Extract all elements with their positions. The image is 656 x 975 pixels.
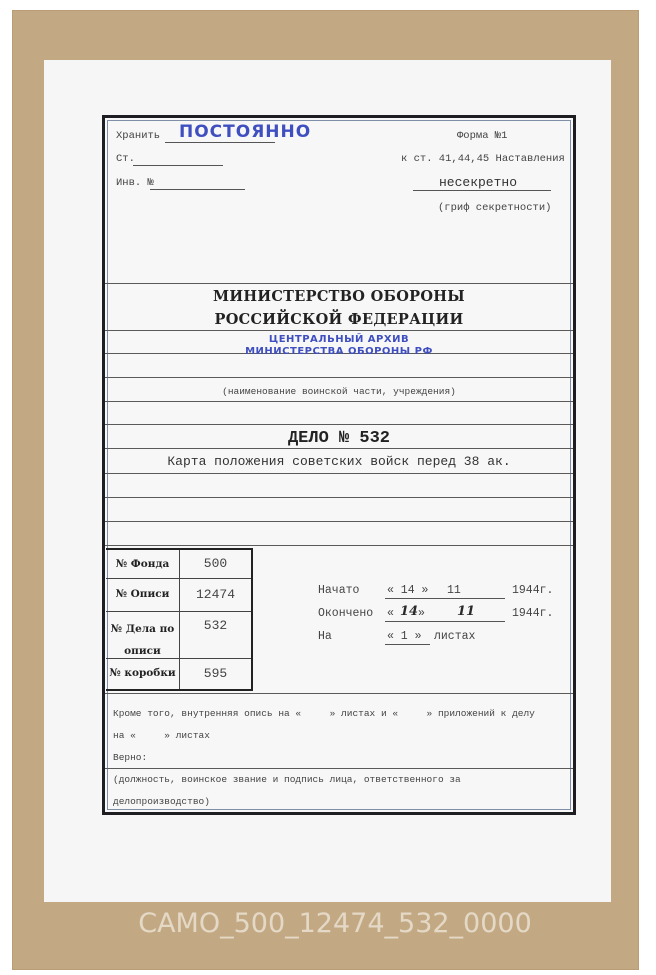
delo-label: № Дела по описи: [106, 618, 179, 662]
secrecy-underline: [413, 190, 551, 191]
st-underline: [133, 165, 223, 166]
keep-label: Хранить: [116, 130, 160, 142]
table-row: № коробки 595: [106, 658, 251, 689]
opis-value: 12474: [179, 578, 251, 611]
ruled-line: [105, 497, 573, 498]
sheets-suffix: листах: [434, 630, 475, 643]
ruled-line: [105, 330, 573, 331]
sheets-label: На: [318, 630, 332, 643]
inventory-line: Кроме того, внутренняя опись на « » лист…: [113, 708, 535, 719]
ruled-line: [105, 424, 573, 425]
case-cover-form: Хранить ПОСТОЯННО Форма №1 Ст. к ст. 41,…: [102, 115, 576, 815]
case-title: ДЕЛО № 532: [105, 429, 573, 448]
responsible-caption-line-1: (должность, воинское звание и подпись ли…: [113, 774, 461, 785]
started-day: « 14 »: [387, 584, 428, 597]
opis-label: № Описи: [106, 588, 179, 600]
ended-day-open: «: [387, 607, 394, 620]
keep-underline: [165, 142, 275, 143]
inv-underline: [150, 189, 245, 190]
ended-underline: [385, 621, 505, 622]
ruled-line: [105, 545, 573, 546]
scan-id-watermark: CAMO_500_12474_532_0000: [105, 908, 565, 939]
started-label: Начато: [318, 584, 359, 597]
sheets-underline: [385, 644, 430, 645]
ruled-line: [105, 693, 573, 694]
st-label: Ст.: [116, 153, 135, 165]
box-label: № коробки: [106, 667, 179, 679]
fond-value: 500: [179, 550, 251, 578]
ended-label: Окончено: [318, 607, 373, 620]
ruled-line: [105, 283, 573, 284]
ended-year: 1944г.: [512, 607, 553, 620]
keep-stamp-permanent: ПОСТОЯННО: [179, 122, 311, 142]
started-underline: [385, 598, 505, 599]
archive-stamp-line-2: МИНИСТЕРСТВА ОБОРОНЫ РФ: [105, 346, 573, 357]
form-number: Форма №1: [457, 130, 507, 142]
ministry-line-2: РОССИЙСКОЙ ФЕДЕРАЦИИ: [105, 311, 573, 328]
ruled-line: [105, 473, 573, 474]
case-description: Карта положения советских войск перед 38…: [105, 454, 573, 469]
unit-caption: (наименование воинской части, учреждения…: [105, 386, 573, 397]
sheets-value: « 1 »: [387, 630, 422, 643]
ruled-line: [105, 377, 573, 378]
table-row: № Дела по описи 532: [106, 611, 251, 659]
started-year: 1944г.: [512, 584, 553, 597]
ended-day-close: »: [418, 607, 425, 620]
started-month: 11: [447, 584, 461, 597]
table-row: № Фонда 500: [106, 550, 251, 579]
table-row: № Описи 12474: [106, 578, 251, 612]
inventory-sheets-line: на « » листах: [113, 730, 210, 741]
box-value: 595: [179, 658, 251, 689]
ended-month-handwritten: 11: [457, 604, 475, 619]
article-reference: к ст. 41,44,45 Наставления: [401, 153, 565, 165]
verified-label: Верно:: [113, 752, 147, 763]
ministry-line-1: МИНИСТЕРСТВО ОБОРОНЫ: [105, 288, 573, 305]
responsible-caption-line-2: делопроизводство): [113, 796, 210, 807]
fond-label: № Фонда: [106, 558, 179, 570]
ruled-line: [105, 401, 573, 402]
ruled-line: [105, 768, 573, 769]
ruled-line: [105, 448, 573, 449]
delo-value: 532: [179, 611, 251, 658]
inv-label: Инв. №: [116, 177, 154, 189]
secrecy-caption: (гриф секретности): [438, 202, 551, 214]
archive-reference-table: № Фонда 500 № Описи 12474 № Дела по опис…: [106, 548, 253, 691]
ruled-line: [105, 521, 573, 522]
ended-day-handwritten: 14: [400, 604, 418, 619]
secrecy-value: несекретно: [439, 175, 517, 190]
archive-stamp-line-1: ЦЕНТРАЛЬНЫЙ АРХИВ: [105, 334, 573, 345]
